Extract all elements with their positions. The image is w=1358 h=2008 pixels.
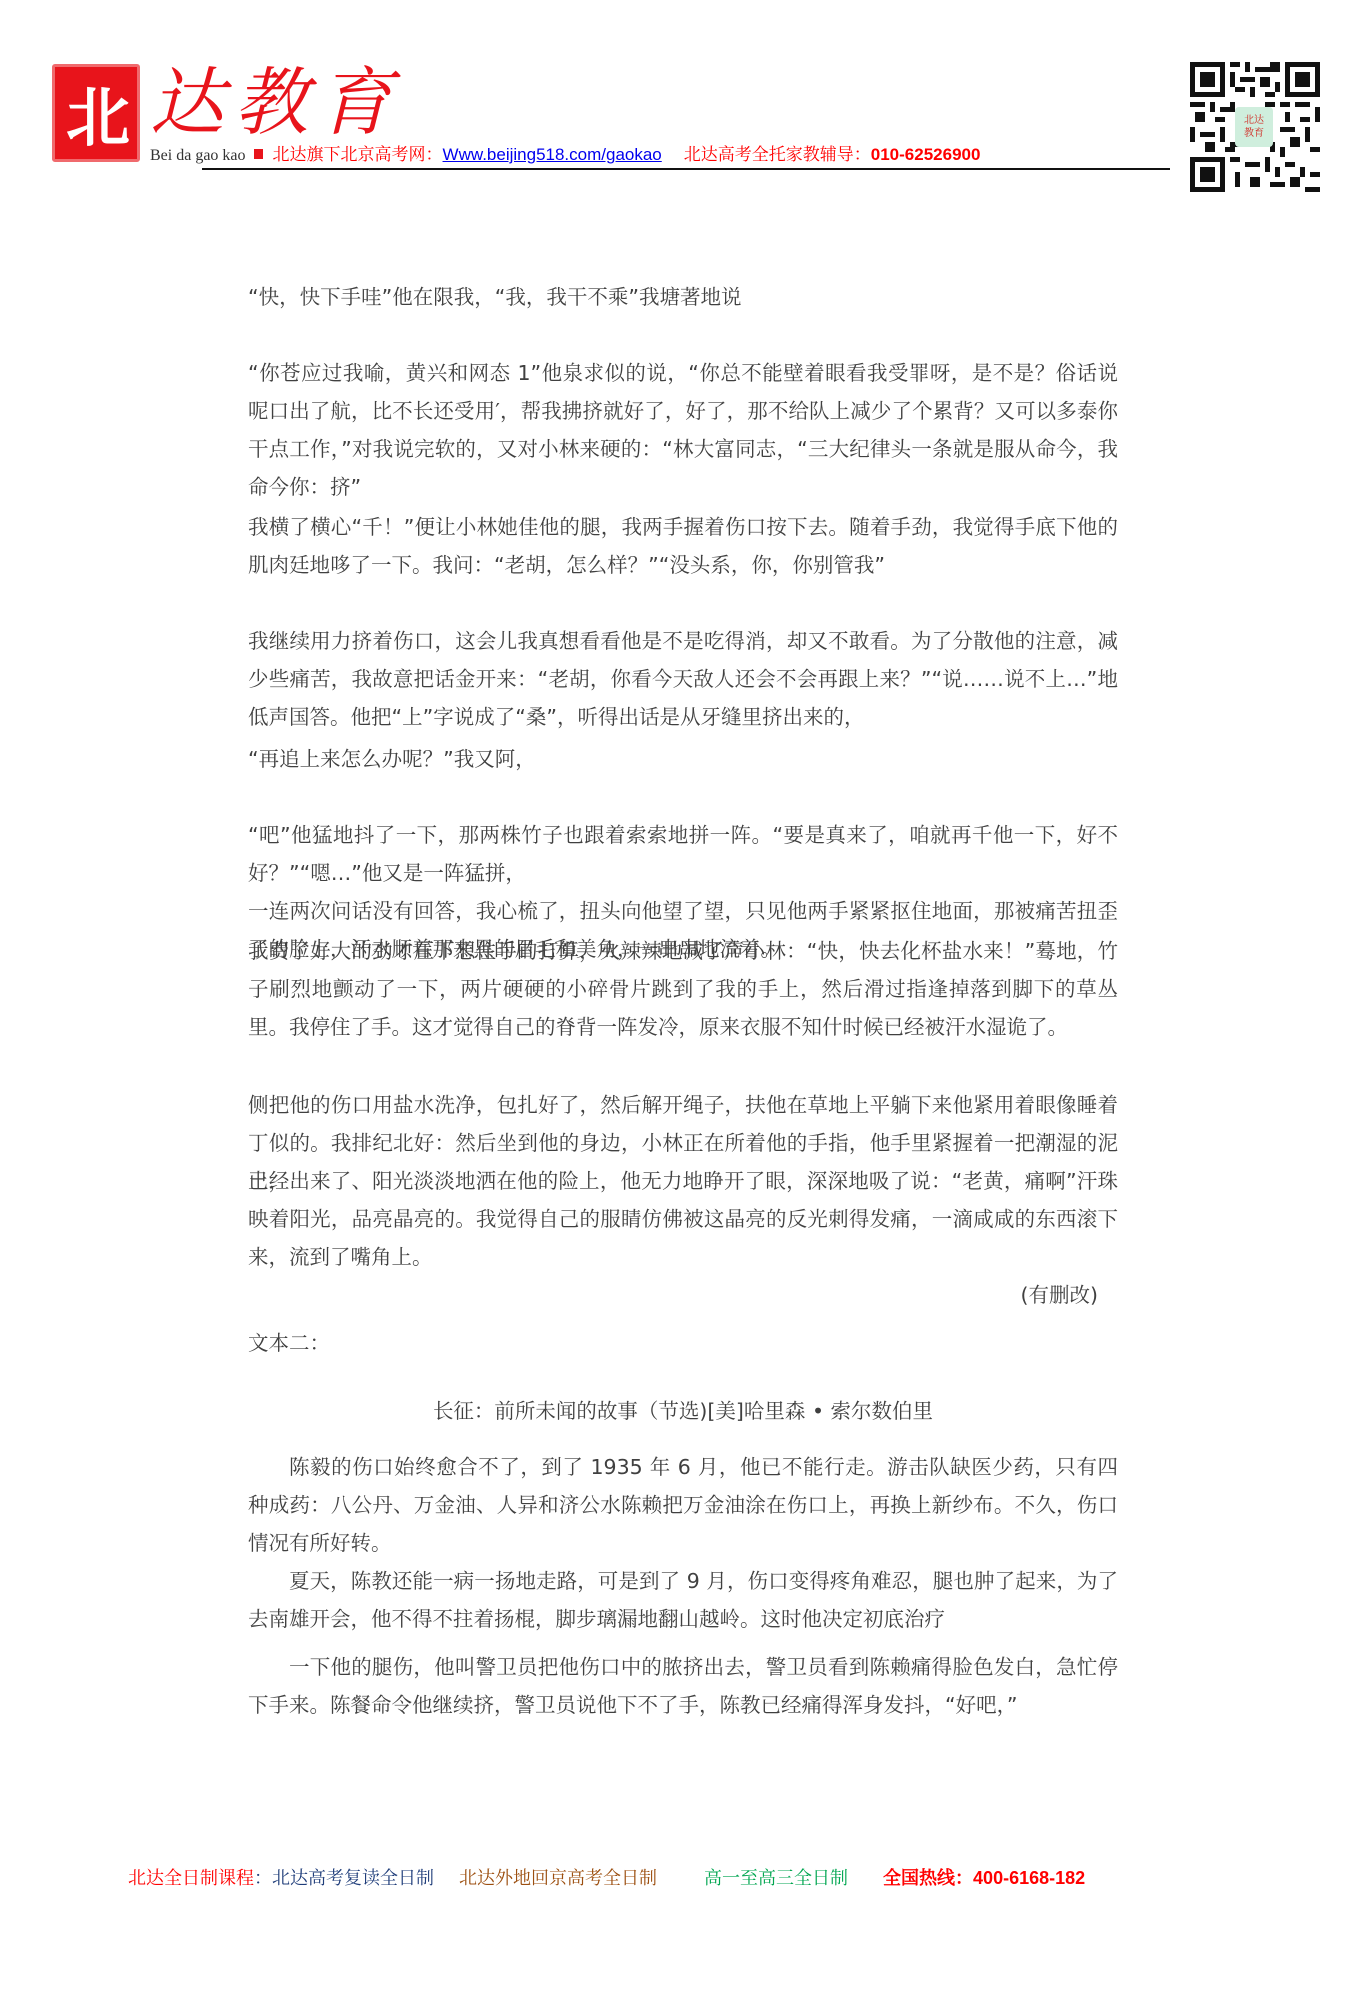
paragraph: “吧”他猛地抖了一下，那两株竹子也跟着索索地拼一阵。“要是真来了，咱就再千他一下… [248,816,1118,892]
logo-seal-char: 北 [66,67,126,159]
edited-note: (有删改) [248,1276,1098,1314]
paragraph: 我继续用力挤着伤口，这会儿我真想看看他是不是吃得消，却又不敢看。为了分散他的注意… [248,622,1118,736]
qr-code: 北达 教育 [1188,62,1322,192]
page-footer: 北达全日制课程：北达高考复读全日制 北达外地回京高考全日制 高一至高三全日制 全… [128,1866,1085,1890]
qr-center-line-2: 教育 [1244,127,1264,140]
tutor-label: 北达高考全托家教辅导： [684,145,871,164]
qr-center-logo: 北达 教育 [1235,107,1273,147]
logo-title: 达教育 [150,58,402,148]
paragraph: 夏天，陈教还能一病一扬地走路，可是到了 9 月，伤口变得疼角难忍，腿也肿了起来，… [248,1562,1118,1638]
footer-course-returning: 北达外地回京高考全日制 [459,1868,657,1888]
footer-course-highschool: 高一至高三全日制 [704,1868,848,1888]
section-title: 长征：前所未闻的故事（节选)[美]哈里森 • 索尔数伯里 [248,1392,1118,1430]
paragraph: 已经出来了、阳光淡淡地洒在他的险上，他无力地睁开了眼，深深地吸了说：“老黄，痛啊… [248,1162,1118,1276]
paragraph: 一下他的腿伤，他叫警卫员把他伤口中的脓挤出去，警卫员看到陈赖痛得脸色发白，急忙停… [248,1648,1118,1724]
footer-courses-label: 北达全日制课程 [128,1868,254,1888]
header-info-line: Bei da gao kao北达旗下北京高考网：Www.beijing518.c… [150,144,980,167]
header-divider [202,168,1170,170]
paragraph: 我横了横心“千！”便让小林她佳他的腿，我两手握着伤口按下去。随着手劲，我觉得手底… [248,508,1118,584]
brand-pinyin: Bei da gao kao [150,147,246,164]
footer-colon: ： [254,1868,272,1888]
paragraph: “再追上来怎么办呢？”我又阿， [248,740,1118,778]
qr-center-line-1: 北达 [1244,114,1264,127]
site-url-link[interactable]: Www.beijing518.com/gaokao [443,145,662,164]
paragraph: “你苍应过我喻，黄兴和网态 1”他泉求似的说，“你总不能壁着眼看我受罪呀，是不是… [248,354,1118,506]
red-square-bullet-icon [254,149,263,159]
paragraph: “快，快下手哇”他在限我，“我，我干不乘”我塘著地说 [248,278,1118,316]
section-label: 文本二： [248,1324,1118,1362]
tutor-phone: 010-62526900 [871,145,981,164]
tutor-info: 北达高考全托家教辅导：010-62526900 [684,145,981,164]
logo-seal: 北 [52,64,140,162]
paragraph: 我费了好大的劲才压下想住手的打算，火辣辣地减了声小林：“快，快去化杯盐水来！”蓦… [248,932,1118,1046]
footer-course-repeat: 北达高考复读全日制 [272,1868,434,1888]
paragraph: 陈毅的伤口始终愈合不了，到了 1935 年 6 月，他已不能行走。游击队缺医少药… [248,1448,1118,1562]
site-label: 北达旗下北京高考网： [273,145,443,164]
footer-hotline-label: 全国热线： [883,1868,973,1888]
footer-hotline-number: 400-6168-182 [973,1868,1085,1888]
